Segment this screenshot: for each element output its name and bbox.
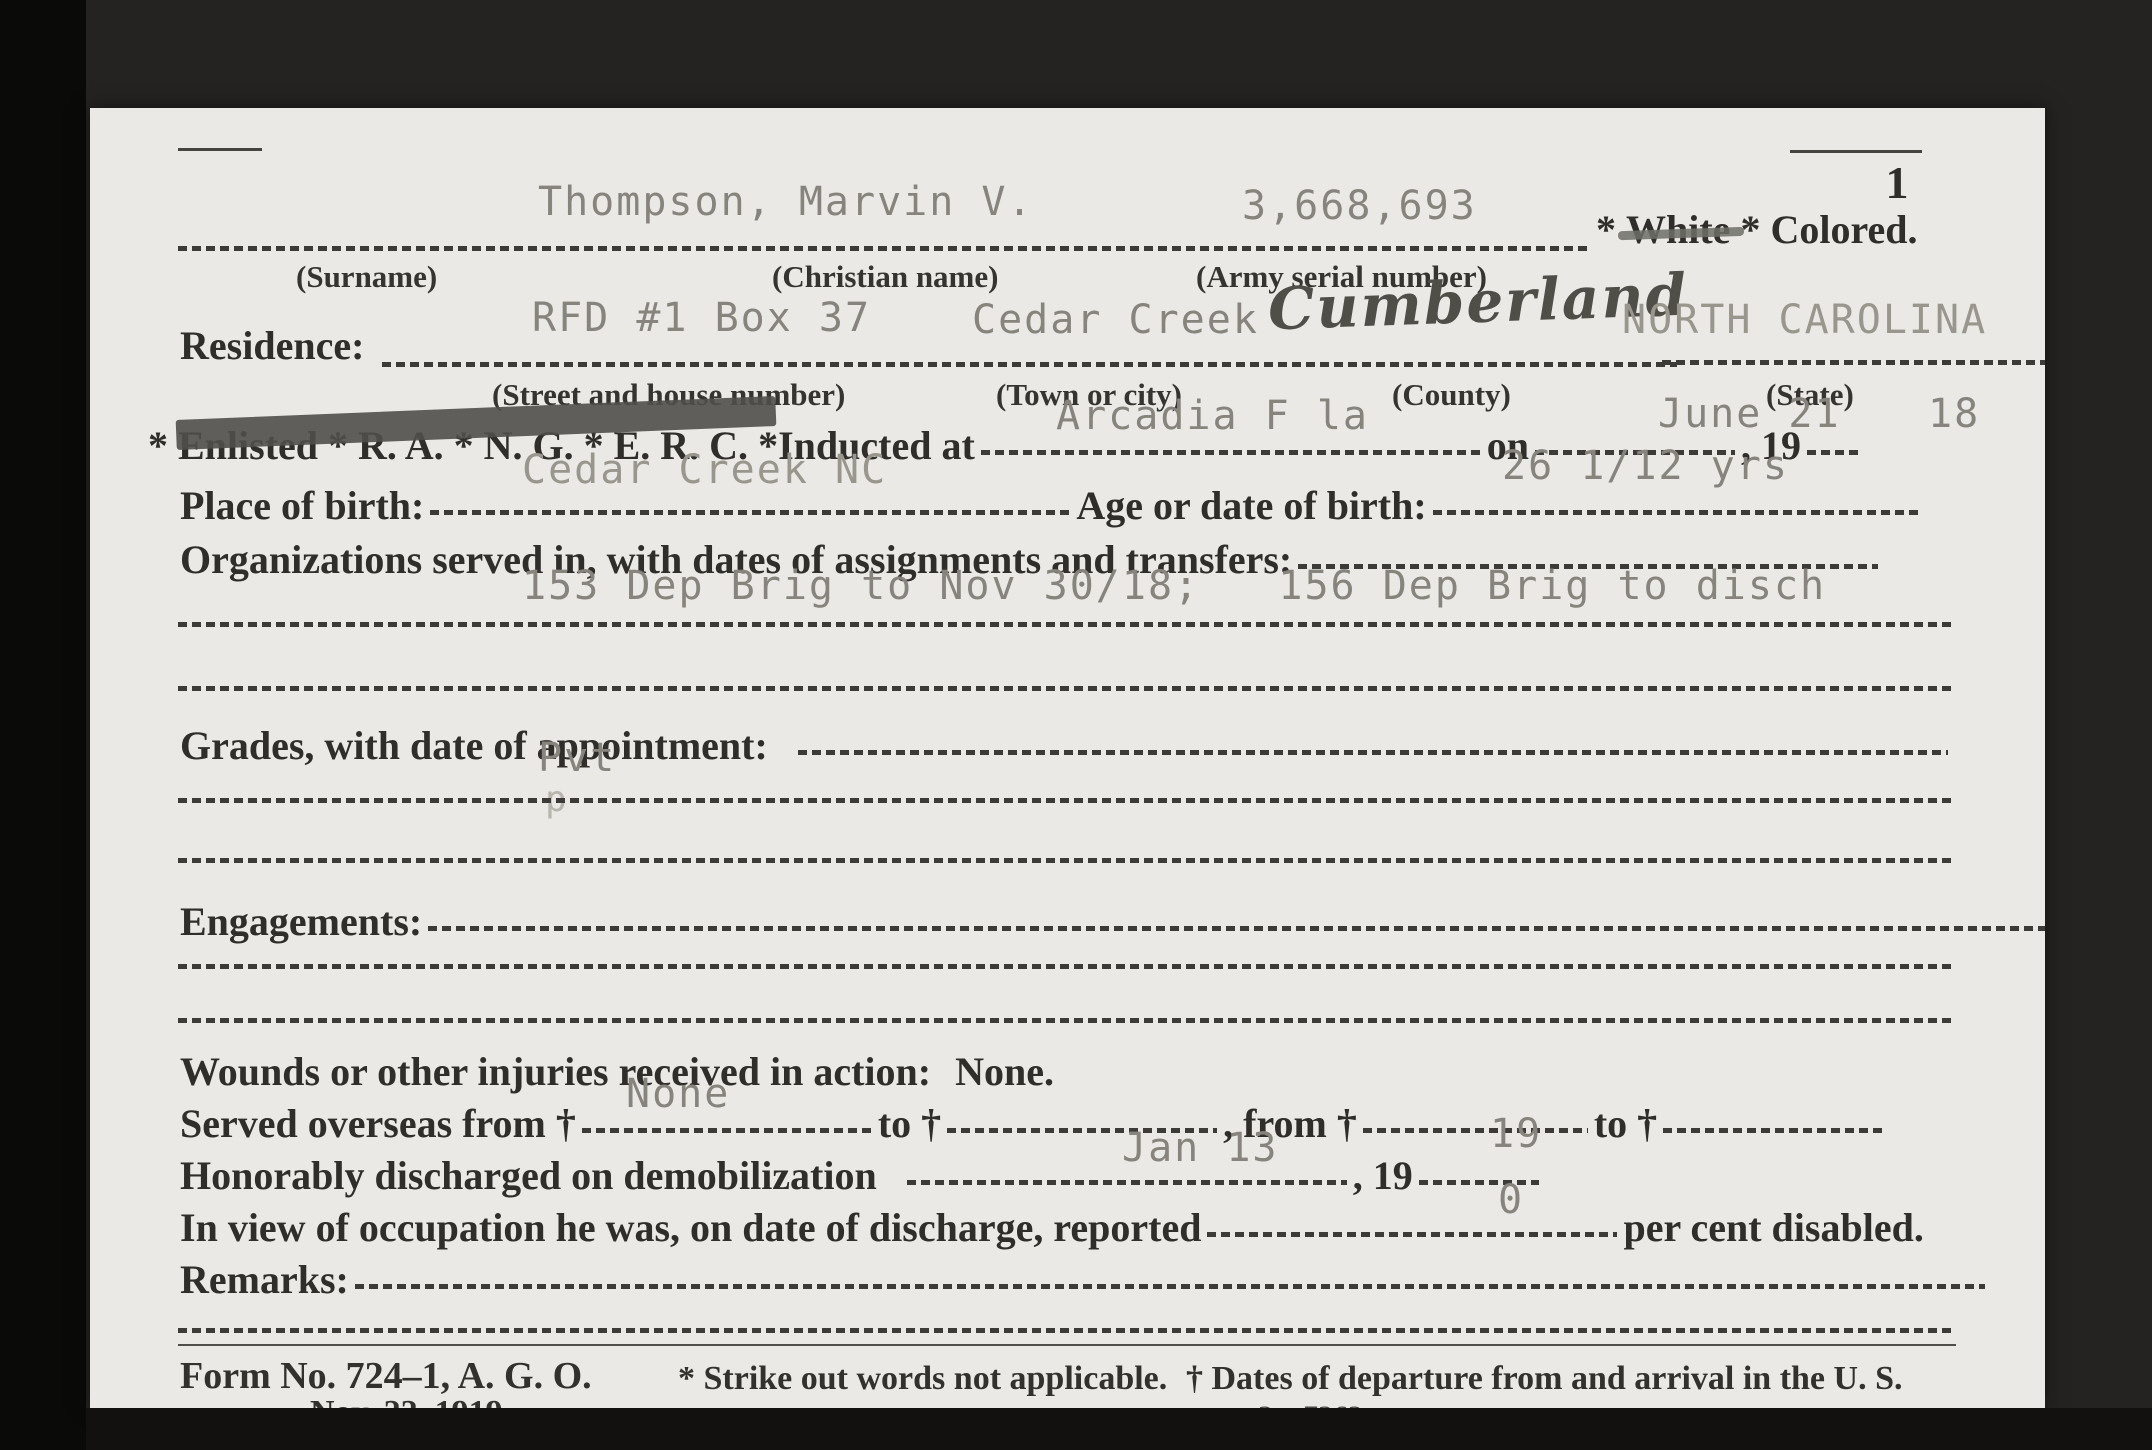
typed-serial-value: 3,668,693 bbox=[1242, 186, 1477, 226]
place-of-birth-label: Place of birth: bbox=[180, 483, 424, 528]
race-colored: * Colored. bbox=[1740, 207, 1917, 252]
strike-note: * Strike out words not applicable. bbox=[678, 1360, 1167, 1398]
grades-label: Grades, with date of appointment: bbox=[180, 723, 768, 768]
typed-town-value: Cedar Creek bbox=[972, 300, 1259, 340]
typed-street-value: RFD #1 Box 37 bbox=[532, 298, 871, 338]
overseas-to2-label: to † bbox=[1594, 1101, 1657, 1146]
induction-star: * bbox=[148, 423, 178, 468]
wounds-line: Wounds or other injuries received in act… bbox=[180, 1050, 1054, 1095]
footer-separator-rule bbox=[178, 1344, 1956, 1346]
disability-suffix-label: per cent disabled. bbox=[1623, 1205, 1923, 1250]
page-number: 1 bbox=[1862, 156, 1932, 209]
engagements-line: Engagements: bbox=[180, 900, 2045, 945]
grades-line: Grades, with date of appointment: bbox=[180, 724, 1954, 769]
age-blank bbox=[1433, 510, 1923, 515]
disability-prefix-label: In view of occupation he was, on date of… bbox=[180, 1205, 1201, 1250]
typed-state-value: NORTH CAROLINA bbox=[1622, 300, 1987, 340]
name-line-rule bbox=[178, 246, 1590, 251]
form-number: Form No. 724–1, A. G. O. bbox=[180, 1354, 592, 1398]
birth-line: Place of birth:Age or date of birth: bbox=[180, 484, 1929, 529]
record-card: 1 Thompson, Marvin V. 3,668,693 * White … bbox=[90, 108, 2045, 1408]
scanned-service-record: { "page_number": "1", "colors": { "paper… bbox=[0, 0, 2152, 1450]
discharge-line: Honorably discharged on demobilization, … bbox=[180, 1154, 1545, 1199]
engagements-blank bbox=[428, 926, 2045, 931]
remarks-blank bbox=[355, 1284, 1985, 1289]
overseas-blank-1 bbox=[582, 1128, 872, 1133]
remarks-line: Remarks: bbox=[180, 1258, 1991, 1303]
organizations-rule-2 bbox=[178, 686, 1956, 691]
discharge-year-label: , 19 bbox=[1353, 1153, 1413, 1198]
typed-induction-year: 18 bbox=[1928, 394, 1980, 434]
remarks-label: Remarks: bbox=[180, 1257, 349, 1302]
page-number-overline bbox=[1790, 150, 1922, 153]
organizations-rule-1 bbox=[178, 622, 1956, 627]
engagements-rule-1 bbox=[178, 964, 1956, 969]
surname-label: (Surname) bbox=[296, 260, 437, 295]
overseas-from1-label: Served overseas from † bbox=[180, 1101, 576, 1146]
overseas-to1-label: to † bbox=[878, 1101, 941, 1146]
grades-rule-1 bbox=[178, 798, 1956, 803]
dagger-note: † Dates of departure from and arrival in… bbox=[1186, 1360, 1902, 1398]
overseas-blank-3 bbox=[1363, 1128, 1588, 1133]
engagements-label: Engagements: bbox=[180, 899, 422, 944]
disability-blank bbox=[1207, 1232, 1617, 1237]
engagements-rule-2 bbox=[178, 1018, 1956, 1023]
grades-rule-2 bbox=[178, 858, 1956, 863]
induction-place-blank bbox=[981, 450, 1481, 455]
race-line: * White * Colored. bbox=[1596, 208, 1917, 253]
scan-border-bottom bbox=[86, 1408, 2152, 1450]
typed-name-value: Thompson, Marvin V. bbox=[538, 182, 1034, 222]
residence-rule bbox=[382, 362, 1677, 367]
christian-name-label: (Christian name) bbox=[772, 260, 998, 295]
disability-line: In view of occupation he was, on date of… bbox=[180, 1206, 1924, 1251]
wounds-value: None. bbox=[955, 1049, 1054, 1094]
discharge-label: Honorably discharged on demobilization bbox=[180, 1153, 877, 1198]
overseas-line: Served overseas from †to †, from †to † bbox=[180, 1102, 1889, 1147]
typed-grade-value: Pvt bbox=[538, 738, 616, 778]
state-rule bbox=[1662, 360, 2045, 365]
form-date: Nov. 22, 1919. bbox=[310, 1394, 511, 1408]
scan-border-left bbox=[0, 0, 86, 1450]
top-left-mark bbox=[178, 148, 262, 151]
birthplace-blank bbox=[430, 510, 1070, 515]
typed-organizations-value: 153 Dep Brig to Nov 30/18; 156 Dep Brig … bbox=[522, 566, 1826, 606]
typed-age-value: 26 1/12 yrs bbox=[1502, 446, 1789, 486]
induction-year-blank bbox=[1807, 450, 1859, 455]
county-label: (County) bbox=[1392, 378, 1511, 413]
typed-discharge-year: 19 bbox=[1490, 1114, 1542, 1154]
grades-blank bbox=[798, 750, 1948, 755]
age-label: Age or date of birth: bbox=[1076, 483, 1426, 528]
discharge-date-blank bbox=[907, 1180, 1347, 1185]
race-star: * bbox=[1596, 207, 1616, 252]
overseas-blank-4 bbox=[1663, 1128, 1883, 1133]
residence-label: Residence: bbox=[180, 324, 364, 369]
wounds-label: Wounds or other injuries received in act… bbox=[180, 1049, 931, 1094]
print-code: 3—7362 bbox=[1258, 1400, 1363, 1408]
race-white: White bbox=[1626, 208, 1730, 253]
remarks-rule bbox=[178, 1328, 1956, 1333]
